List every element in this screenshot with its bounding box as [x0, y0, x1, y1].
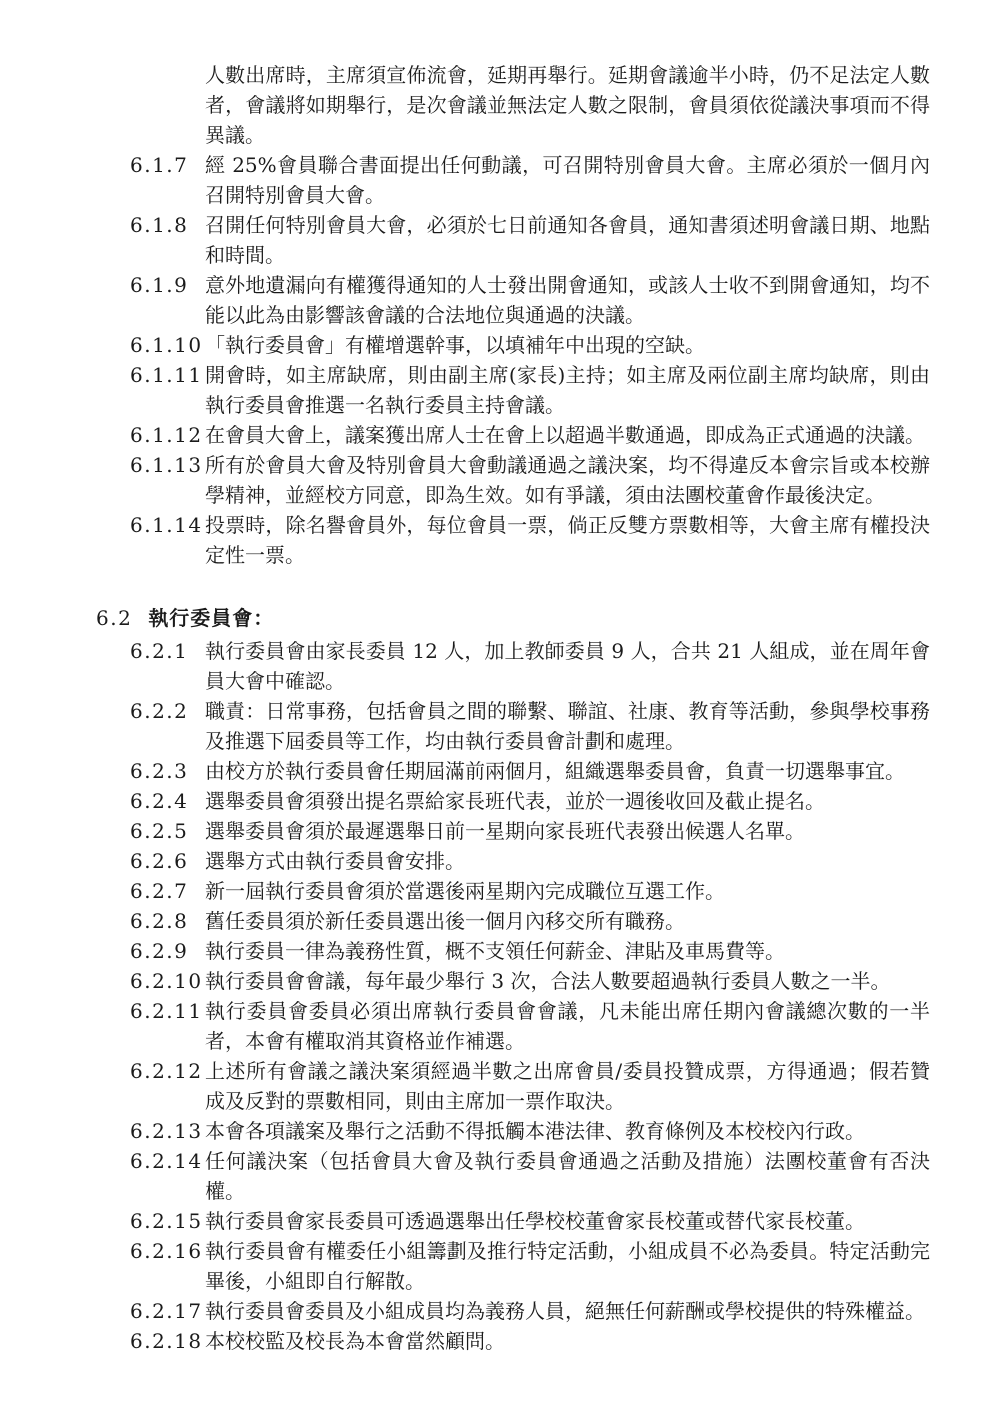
clause-number: 6.2.4: [130, 786, 188, 816]
clause-text: 由校方於執行委員會任期屆滿前兩個月，組織選舉委員會，負責一切選舉事宜。: [205, 756, 930, 786]
clause-number: 6.2.1: [130, 636, 188, 666]
clause-number: 6.1.12: [130, 420, 203, 450]
clause-item: 6.2.8 舊任委員須於新任委員選出後一個月內移交所有職務。: [130, 906, 930, 936]
clause-text: 執行委員會家長委員可透過選舉出任學校校董會家長校董或替代家長校董。: [205, 1206, 930, 1236]
clause-number: 6.2.7: [130, 876, 188, 906]
clause-item: 6.1.8 召開任何特別會員大會，必須於七日前通知各會員，通知書須述明會議日期、…: [130, 210, 930, 270]
clause-item: 6.2.6 選舉方式由執行委員會安排。: [130, 846, 930, 876]
clause-text: 新一屆執行委員會須於當選後兩星期內完成職位互選工作。: [205, 876, 930, 906]
clause-item: 6.2.10 執行委員會會議，每年最少舉行 3 次，合法人數要超過執行委員人數之…: [130, 966, 930, 996]
clause-item: 6.1.10 「執行委員會」有權增選幹事，以填補年中出現的空缺。: [130, 330, 930, 360]
clause-item: 6.2.3 由校方於執行委員會任期屆滿前兩個月，組織選舉委員會，負責一切選舉事宜…: [130, 756, 930, 786]
clause-item: 6.2.5 選舉委員會須於最遲選舉日前一星期向家長班代表發出候選人名單。: [130, 816, 930, 846]
clause-number: 6.1.13: [130, 450, 203, 480]
clause-item: 6.2.4 選舉委員會須發出提名票給家長班代表，並於一週後收回及截止提名。: [130, 786, 930, 816]
clause-number: 6.2.16: [130, 1236, 203, 1266]
clause-text: 本校校監及校長為本會當然顧問。: [205, 1326, 930, 1356]
clause-number: 6.2.13: [130, 1116, 203, 1146]
section-6-1-clauses: 6.1.7 經 25%會員聯合書面提出任何動議，可召開特別會員大會。主席必須於一…: [130, 150, 930, 570]
clause-item: 6.1.14 投票時，除名譽會員外，每位會員一票，倘正反雙方票數相等，大會主席有…: [130, 510, 930, 570]
clause-item: 6.2.12 上述所有會議之議決案須經過半數之出席會員/委員投贊成票，方得通過；…: [130, 1056, 930, 1116]
clause-number: 6.1.8: [130, 210, 188, 240]
clause-item: 6.2.7 新一屆執行委員會須於當選後兩星期內完成職位互選工作。: [130, 876, 930, 906]
clause-item: 6.2.2 職責：日常事務，包括會員之間的聯繫、聯誼、社康、教育等活動，參與學校…: [130, 696, 930, 756]
clause-number: 6.1.11: [130, 360, 203, 390]
clause-text: 人數出席時，主席須宣佈流會，延期再舉行。延期會議逾半小時，仍不足法定人數者，會議…: [205, 60, 930, 150]
clause-text: 執行委員會會議，每年最少舉行 3 次，合法人數要超過執行委員人數之一半。: [205, 966, 930, 996]
section-6-2-clauses: 6.2.1 執行委員會由家長委員 12 人，加上教師委員 9 人，合共 21 人…: [130, 636, 930, 1356]
clause-text: 選舉委員會須發出提名票給家長班代表，並於一週後收回及截止提名。: [205, 786, 930, 816]
section-6-2-heading: 6.2執行委員會：: [96, 603, 930, 633]
clause-item: 6.1.13 所有於會員大會及特別會員大會動議通過之議決案，均不得違反本會宗旨或…: [130, 450, 930, 510]
clause-number: 6.1.14: [130, 510, 203, 540]
clause-text: 執行委員一律為義務性質，概不支領任何薪金、津貼及車馬費等。: [205, 936, 930, 966]
clause-text: 任何議決案（包括會員大會及執行委員會通過之活動及措施）法團校董會有否決權。: [205, 1146, 930, 1206]
section-title: 執行委員會：: [148, 606, 274, 630]
clause-text: 執行委員會由家長委員 12 人，加上教師委員 9 人，合共 21 人組成，並在周…: [205, 636, 930, 696]
clause-item: 6.2.15 執行委員會家長委員可透過選舉出任學校校董會家長校董或替代家長校董。: [130, 1206, 930, 1236]
clause-item: 6.2.9 執行委員一律為義務性質，概不支領任何薪金、津貼及車馬費等。: [130, 936, 930, 966]
clause-number: 6.2.8: [130, 906, 188, 936]
clause-item: 6.2.13 本會各項議案及舉行之活動不得抵觸本港法律、教育條例及本校校內行政。: [130, 1116, 930, 1146]
clause-item: 6.2.11 執行委員會委員必須出席執行委員會會議，凡未能出席任期內會議總次數的…: [130, 996, 930, 1056]
clause-item: 6.2.1 執行委員會由家長委員 12 人，加上教師委員 9 人，合共 21 人…: [130, 636, 930, 696]
clause-item: 6.1.9 意外地遺漏向有權獲得通知的人士發出開會通知，或該人士收不到開會通知，…: [130, 270, 930, 330]
clause-text: 舊任委員須於新任委員選出後一個月內移交所有職務。: [205, 906, 930, 936]
clause-number: 6.2.2: [130, 696, 188, 726]
clause-number: 6.2.18: [130, 1326, 203, 1356]
clause-item: 6.2.16 執行委員會有權委任小組籌劃及推行特定活動，小組成員不必為委員。特定…: [130, 1236, 930, 1296]
clause-number: 6.2.15: [130, 1206, 203, 1236]
clause-text: 經 25%會員聯合書面提出任何動議，可召開特別會員大會。主席必須於一個月內召開特…: [205, 150, 930, 210]
clause-item: 6.1.12 在會員大會上，議案獲出席人士在會上以超過半數通過，即成為正式通過的…: [130, 420, 930, 450]
clause-text: 選舉委員會須於最遲選舉日前一星期向家長班代表發出候選人名單。: [205, 816, 930, 846]
section-number: 6.2: [96, 606, 132, 630]
clause-number: 6.2.5: [130, 816, 188, 846]
clause-number: 6.2.10: [130, 966, 203, 996]
clause-item: 6.2.18 本校校監及校長為本會當然顧問。: [130, 1326, 930, 1356]
clause-number: 6.2.9: [130, 936, 188, 966]
clause-continuation: 人數出席時，主席須宣佈流會，延期再舉行。延期會議逾半小時，仍不足法定人數者，會議…: [130, 60, 930, 150]
clause-number: 6.2.6: [130, 846, 188, 876]
clause-text: 所有於會員大會及特別會員大會動議通過之議決案，均不得違反本會宗旨或本校辦學精神，…: [205, 450, 930, 510]
clause-number: 6.1.9: [130, 270, 188, 300]
clause-text: 意外地遺漏向有權獲得通知的人士發出開會通知，或該人士收不到開會通知，均不能以此為…: [205, 270, 930, 330]
clause-text: 投票時，除名譽會員外，每位會員一票，倘正反雙方票數相等，大會主席有權投決定性一票…: [205, 510, 930, 570]
clause-text: 職責：日常事務，包括會員之間的聯繫、聯誼、社康、教育等活動，參與學校事務及推選下…: [205, 696, 930, 756]
clause-item: 6.2.14 任何議決案（包括會員大會及執行委員會通過之活動及措施）法團校董會有…: [130, 1146, 930, 1206]
clause-item: 6.1.7 經 25%會員聯合書面提出任何動議，可召開特別會員大會。主席必須於一…: [130, 150, 930, 210]
clause-number: 6.2.14: [130, 1146, 203, 1176]
clause-number: 6.2.12: [130, 1056, 203, 1086]
clause-text: 本會各項議案及舉行之活動不得抵觸本港法律、教育條例及本校校內行政。: [205, 1116, 930, 1146]
clause-text: 上述所有會議之議決案須經過半數之出席會員/委員投贊成票，方得通過；假若贊成及反對…: [205, 1056, 930, 1116]
clause-text: 召開任何特別會員大會，必須於七日前通知各會員，通知書須述明會議日期、地點和時間。: [205, 210, 930, 270]
clause-text: 執行委員會有權委任小組籌劃及推行特定活動，小組成員不必為委員。特定活動完畢後，小…: [205, 1236, 930, 1296]
clause-number: 6.1.7: [130, 150, 188, 180]
clause-number: 6.2.11: [130, 996, 203, 1026]
clause-number: 6.2.17: [130, 1296, 203, 1326]
clause-number: 6.2.3: [130, 756, 188, 786]
document-page: 人數出席時，主席須宣佈流會，延期再舉行。延期會議逾半小時，仍不足法定人數者，會議…: [130, 60, 930, 1356]
clause-text: 在會員大會上，議案獲出席人士在會上以超過半數通過，即成為正式通過的決議。: [205, 420, 930, 450]
clause-text: 選舉方式由執行委員會安排。: [205, 846, 930, 876]
clause-number: 6.1.10: [130, 330, 203, 360]
clause-text: 執行委員會委員及小組成員均為義務人員，絕無任何薪酬或學校提供的特殊權益。: [205, 1296, 930, 1326]
clause-text: 「執行委員會」有權增選幹事，以填補年中出現的空缺。: [205, 330, 930, 360]
clause-item: 6.2.17 執行委員會委員及小組成員均為義務人員，絕無任何薪酬或學校提供的特殊…: [130, 1296, 930, 1326]
clause-text: 開會時，如主席缺席，則由副主席(家長)主持；如主席及兩位副主席均缺席，則由執行委…: [205, 360, 930, 420]
clause-item: 6.1.11 開會時，如主席缺席，則由副主席(家長)主持；如主席及兩位副主席均缺…: [130, 360, 930, 420]
clause-text: 執行委員會委員必須出席執行委員會會議，凡未能出席任期內會議總次數的一半者，本會有…: [205, 996, 930, 1056]
